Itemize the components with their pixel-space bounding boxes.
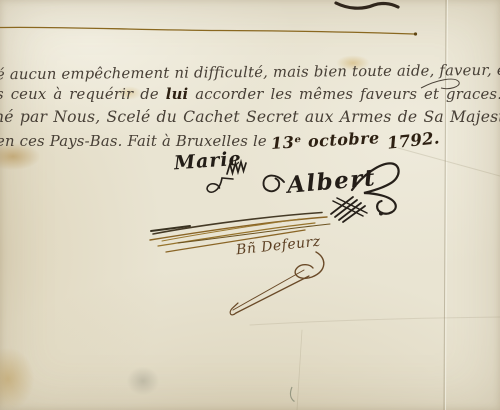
countersignature-flourish — [230, 252, 324, 315]
ink-overlay — [0, 0, 500, 410]
pen-rule-line — [0, 27, 417, 35]
top-edge-ink-fragment — [336, 3, 398, 8]
line3-text: né par Nous, Scelé du Cachet Secret aux … — [0, 108, 500, 126]
manuscript-page: é aucun empêchement ni difficulté, mais … — [0, 0, 500, 410]
line2-inserted-word: lui — [166, 86, 189, 103]
faint-bottom-mark — [291, 387, 295, 402]
manuscript-line-3: né par Nous, Scelé du Cachet Secret aux … — [0, 108, 500, 126]
line4-text: en ces Pays-Bas. Fait à Bruxelles le — [0, 133, 267, 150]
manuscript-line-4: en ces Pays-Bas. Fait à Bruxelles le13ᵉ … — [0, 131, 500, 150]
signature-marie: Marie — [173, 148, 242, 175]
line2-text: s ceux à requérir de — [0, 86, 166, 103]
line2-text-after: accorder les mêmes faveurs et graces. — [188, 86, 500, 103]
manuscript-line-2: s ceux à requérir de lui accorder les mê… — [0, 86, 500, 103]
handwritten-year: 1792. — [386, 128, 440, 152]
handwritten-date: 13ᵉ octobre — [270, 128, 380, 153]
